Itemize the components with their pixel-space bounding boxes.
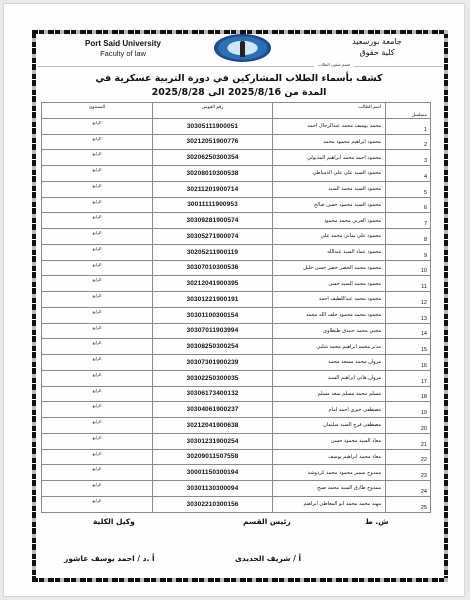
title-line-2: المدة من 2025/8/16 الى 2025/8/28 [44,86,434,100]
table-row: 6محمود السيد محمود حسن صالح3001111190095… [42,197,431,213]
student-name-cell: محمود العربي محمد محمود [273,213,386,229]
level-cell: الرابع [42,166,153,182]
national-id-cell: 30208010300538 [153,166,273,182]
level-cell: الرابع [42,260,153,276]
student-name-cell: محمد يوسف محمد عبدالرجال احمد [273,118,386,134]
student-name-cell: مروان محمد مسعد محمد [273,355,386,371]
serial-cell: 2 [386,134,431,150]
serial-cell: 1 [386,118,431,134]
student-name-cell: ممدوح طارق السيد محمد صبح [273,481,386,497]
table-row: 16مروان محمد مسعد محمد30307301900239الرا… [42,355,431,371]
national-id-cell: 30308250300254 [153,339,273,355]
serial-cell: 19 [386,402,431,418]
serial-cell: 16 [386,355,431,371]
student-name-cell: مروان هاني ابراهيم السيد [273,370,386,386]
serial-cell: 9 [386,244,431,260]
head-of-department-name: أ / شريف الحديدى [235,554,301,563]
faculty-name-en: Faculty of law [68,49,178,59]
serial-cell: 13 [386,307,431,323]
level-cell: الرابع [42,276,153,292]
table-row: 4محمود السيد علي علي الدمياطي30208010300… [42,166,431,182]
student-name-cell: محمود عماد السيد عبدالله [273,244,386,260]
national-id-cell: 30306173400132 [153,386,273,402]
national-id-cell: 30209011507558 [153,449,273,465]
level-cell: الرابع [42,292,153,308]
table-header-row: مسلسل اسم الطالب رقم القومى المستوى [42,103,431,119]
national-id-cell: 30307010300536 [153,260,273,276]
university-logo-icon [214,34,271,62]
national-id-cell: 30011111900953 [153,197,273,213]
national-id-cell: 30302250300035 [153,370,273,386]
level-cell: الرابع [42,323,153,339]
level-cell: الرابع [42,307,153,323]
level-cell: الرابع [42,197,153,213]
national-id-cell: 30301231900254 [153,433,273,449]
national-id-cell: 30001150300194 [153,465,273,481]
table-row: 14محيي محمد حنيدق طنطاوي30307011903994ال… [42,323,431,339]
column-header-national-id: رقم القومى [153,103,273,119]
table-row: 13محمود محمد محمود خلف الله محمد30301100… [42,307,431,323]
student-name-cell: مهند محمد محمد ابو المعاطي ابراهيم [273,496,386,512]
serial-cell: 15 [386,339,431,355]
table-row: 19مصطفى خيري احمد امام30304061900237الرا… [42,402,431,418]
table-row: 2محمود ابراهيم محمود محمد30212051900776ا… [42,134,431,150]
national-id-cell: 30307011903994 [153,323,273,339]
table-row: 11محمود محمد السيد حسن30212041900395الرا… [42,276,431,292]
level-cell: الرابع [42,118,153,134]
student-name-cell: محمود احمد محمد ابراهيم المديولي [273,150,386,166]
table-row: 18مسلم محمد مسلم سعد مسلم30306173400132ا… [42,386,431,402]
table-row: 23ممدوح سمير محمود محمد كردوشة3000115030… [42,465,431,481]
header-arabic: جامعة بورسعيد كلية حقوق [332,36,422,58]
national-id-cell: 30206250300354 [153,150,273,166]
table-row: 17مروان هاني ابراهيم السيد30302250300035… [42,370,431,386]
student-name-cell: معاذ السيد محمود حسن [273,433,386,449]
table-row: 9محمود عماد السيد عبدالله30205211900119ا… [42,244,431,260]
students-table: مسلسل اسم الطالب رقم القومى المستوى 1محم… [41,102,431,513]
serial-cell: 23 [386,465,431,481]
serial-cell: 4 [386,166,431,182]
student-name-cell: محمود علي يماني محمد علي [273,229,386,245]
faculty-name-ar: كلية حقوق [332,47,422,58]
serial-cell: 3 [386,150,431,166]
university-name-en: Port Said University [68,38,178,49]
student-name-cell: معاذ محمد ابراهيم يوسف [273,449,386,465]
serial-cell: 14 [386,323,431,339]
level-cell: الرابع [42,402,153,418]
national-id-cell: 30301130300094 [153,481,273,497]
clerk-label: ش. ط [365,517,389,526]
level-cell: الرابع [42,134,153,150]
level-cell: الرابع [42,496,153,512]
column-header-name: اسم الطالب [273,103,386,119]
vice-dean-name: أ .د / احمد يوسف عاشور [64,554,155,563]
table-row: 3محمود احمد محمد ابراهيم المديولي3020625… [42,150,431,166]
table-row: 1محمد يوسف محمد عبدالرجال احمد3030511190… [42,118,431,134]
serial-cell: 25 [386,496,431,512]
national-id-cell: 30305271900074 [153,229,273,245]
student-name-cell: محمود محمد الخضر خضر حسن خليل [273,260,386,276]
national-id-cell: 30307301900239 [153,355,273,371]
national-id-cell: 30211201900714 [153,181,273,197]
table-row: 8محمود علي يماني محمد علي30305271900074ا… [42,229,431,245]
column-header-serial: مسلسل [386,103,431,119]
table-row: 22معاذ محمد ابراهيم يوسف30209011507558ال… [42,449,431,465]
university-name-ar: جامعة بورسعيد [332,36,422,47]
serial-cell: 5 [386,181,431,197]
table-row: 7محمود العربي محمد محمود30309281900574ال… [42,213,431,229]
level-cell: الرابع [42,150,153,166]
national-id-cell: 30301221900191 [153,292,273,308]
vice-dean-title: وكيل الكلية [93,517,135,526]
serial-cell: 12 [386,292,431,308]
serial-cell: 18 [386,386,431,402]
student-name-cell: مصطفى فرج السيد سليمان [273,418,386,434]
national-id-cell: 30212051900776 [153,134,273,150]
national-id-cell: 30301100300154 [153,307,273,323]
level-cell: الرابع [42,181,153,197]
national-id-cell: 30304061900237 [153,402,273,418]
student-name-cell: محمود السيد علي علي الدمياطي [273,166,386,182]
level-cell: الرابع [42,418,153,434]
serial-cell: 21 [386,433,431,449]
student-name-cell: مصطفى خيري احمد امام [273,402,386,418]
serial-cell: 8 [386,229,431,245]
student-name-cell: محمود محمد عبداللطيف احمد [273,292,386,308]
student-name-cell: محمود السيد محمد السيد [273,181,386,197]
student-name-cell: ممدوح سمير محمود محمد كردوشة [273,465,386,481]
torch-icon [240,41,245,57]
title-line-1: كشف بأسماء الطلاب المشاركين في دورة التر… [44,72,434,86]
national-id-cell: 30212041900395 [153,276,273,292]
level-cell: الرابع [42,465,153,481]
serial-cell: 17 [386,370,431,386]
serial-cell: 22 [386,449,431,465]
student-name-cell: محمود محمد السيد حسن [273,276,386,292]
table-row: 20مصطفى فرج السيد سليمان30212041900638ال… [42,418,431,434]
national-id-cell: 30305111900051 [153,118,273,134]
level-cell: الرابع [42,481,153,497]
table-row: 12محمود محمد عبداللطيف احمد3030122190019… [42,292,431,308]
national-id-cell: 30309281900574 [153,213,273,229]
student-name-cell: محمود السيد محمود حسن صالح [273,197,386,213]
student-name-cell: محيي محمد حنيدق طنطاوي [273,323,386,339]
level-cell: الرابع [42,229,153,245]
national-id-cell: 30302210300156 [153,496,273,512]
column-header-level: المستوى [42,103,153,119]
level-cell: الرابع [42,370,153,386]
table-row: 15مدثر محمد ابراهيم محمد شلبي30308250300… [42,339,431,355]
document-title: كشف بأسماء الطلاب المشاركين في دورة التر… [44,72,434,100]
student-name-cell: مدثر محمد ابراهيم محمد شلبي [273,339,386,355]
department-label: قسم شئون الطلاب [314,62,354,67]
national-id-cell: 30205211900119 [153,244,273,260]
serial-cell: 11 [386,276,431,292]
table-row: 5محمود السيد محمد السيد30211201900714الر… [42,181,431,197]
level-cell: الرابع [42,355,153,371]
head-of-department-title: رئيس القسم [243,517,291,526]
level-cell: الرابع [42,213,153,229]
header-english: Port Said University Faculty of law [68,38,178,59]
serial-cell: 10 [386,260,431,276]
table-row: 24ممدوح طارق السيد محمد صبح3030113030009… [42,481,431,497]
serial-cell: 6 [386,197,431,213]
serial-cell: 7 [386,213,431,229]
serial-cell: 20 [386,418,431,434]
header-divider [38,66,443,67]
student-name-cell: محمود ابراهيم محمود محمد [273,134,386,150]
student-name-cell: مسلم محمد مسلم سعد مسلم [273,386,386,402]
table-row: 25مهند محمد محمد ابو المعاطي ابراهيم3030… [42,496,431,512]
level-cell: الرابع [42,449,153,465]
table-row: 21معاذ السيد محمود حسن30301231900254الرا… [42,433,431,449]
serial-cell: 24 [386,481,431,497]
level-cell: الرابع [42,433,153,449]
table-row: 10محمود محمد الخضر خضر حسن خليل303070103… [42,260,431,276]
level-cell: الرابع [42,386,153,402]
national-id-cell: 30212041900638 [153,418,273,434]
level-cell: الرابع [42,339,153,355]
level-cell: الرابع [42,244,153,260]
student-name-cell: محمود محمد محمود خلف الله محمد [273,307,386,323]
